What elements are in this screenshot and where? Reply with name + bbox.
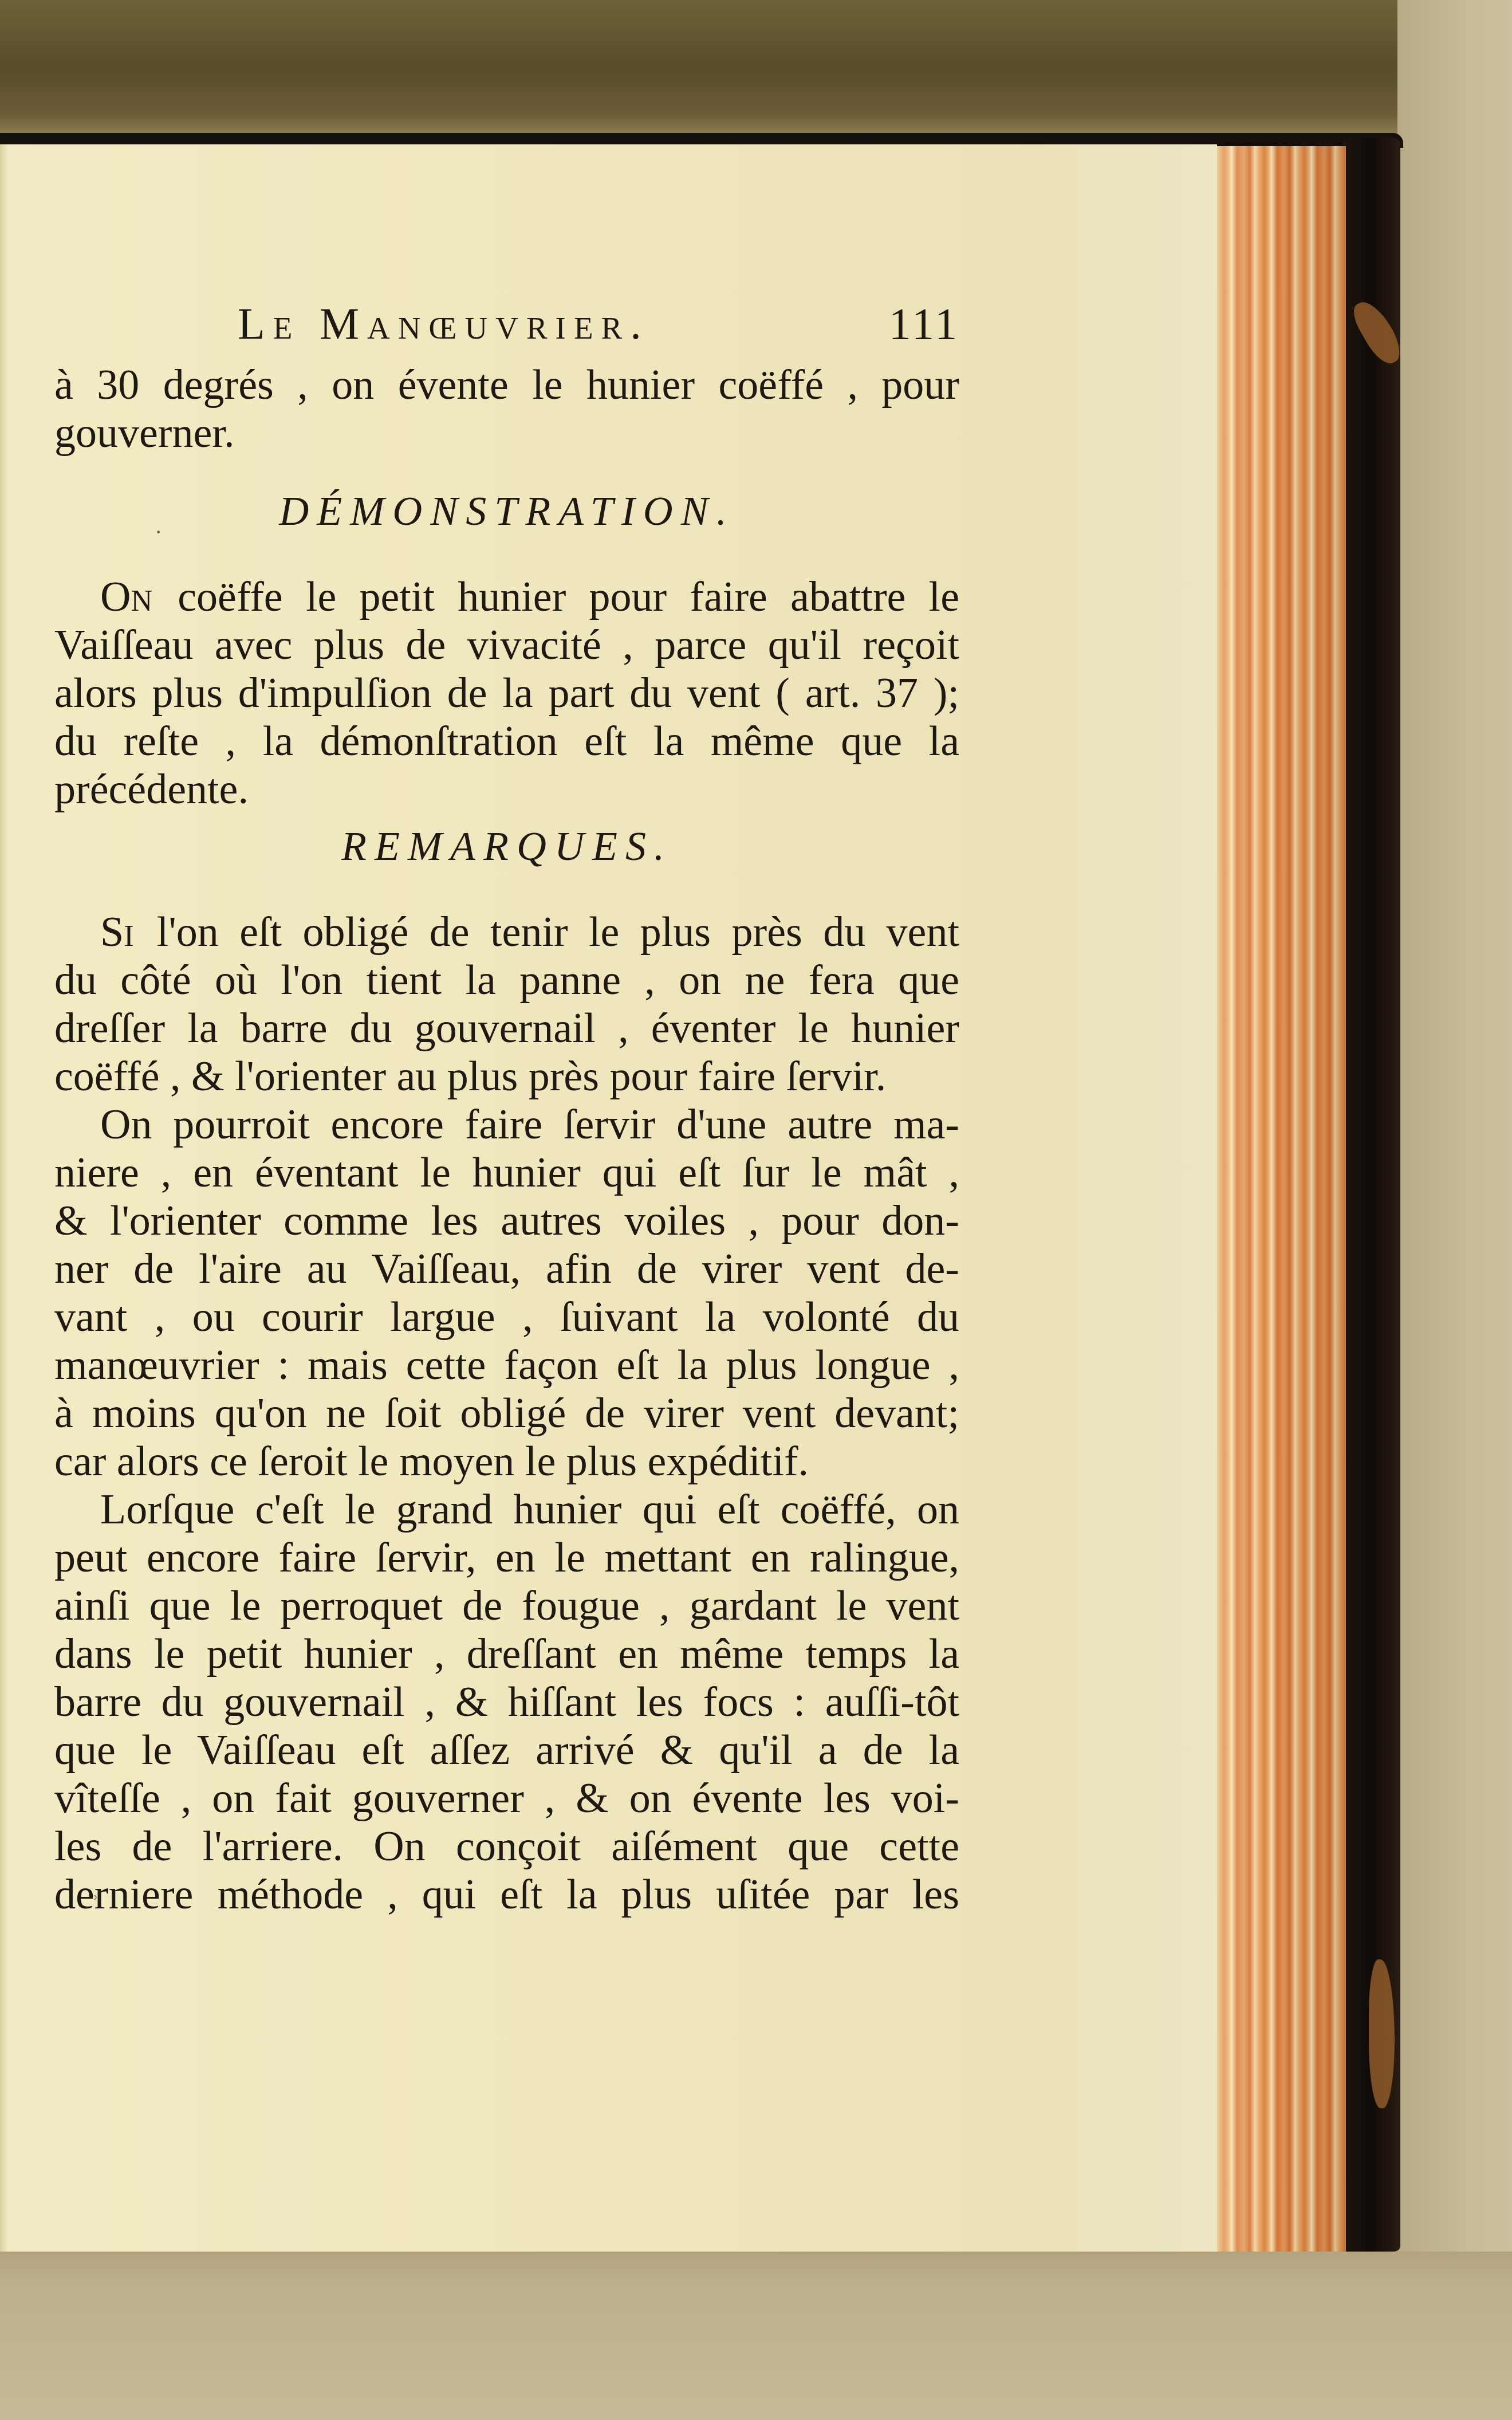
text-line: niere , en éventant le hunier qui eſt ſu… xyxy=(54,1149,959,1197)
paragraph-lead-letter: O xyxy=(100,573,131,620)
text-line: les de l'arriere. On conçoit aiſément qu… xyxy=(54,1822,959,1871)
text-line: barre du gouvernail , & hiſſant les focs… xyxy=(54,1678,959,1726)
ink-speck: · xyxy=(155,518,162,545)
paragraph-lead-smallcap: N xyxy=(131,585,155,618)
ink-speck: ʾ xyxy=(92,1891,99,1918)
running-head: Le Manœuvrier. 111 xyxy=(238,298,959,355)
text-line: à moins qu'on ne ſoit obligé de virer ve… xyxy=(54,1389,959,1437)
text-line: que le Vaiſſeau eſt aſſez arrivé & qu'il… xyxy=(54,1726,959,1774)
text-line: du reſte , la démonſtration eſt la même … xyxy=(54,717,959,765)
text-line: dreſſer la barre du gouvernail , éventer… xyxy=(54,1004,959,1052)
text-line: On pourroit encore faire ſervir d'une au… xyxy=(54,1101,959,1149)
paragraph-lead-smallcap: I xyxy=(124,920,136,953)
paragraph-lead-letter: S xyxy=(100,909,124,956)
text-line: derniere méthode , qui eſt la plus uſité… xyxy=(54,1871,959,1919)
text-line: peut encore faire ſervir, en le mettant … xyxy=(54,1534,959,1582)
text-line: à 30 degrés , on évente le hunier coëffé… xyxy=(54,361,959,409)
text-line: vant , ou courir largue , ſuivant la vol… xyxy=(54,1293,959,1341)
running-title: Le Manœuvrier. xyxy=(238,298,649,349)
text-line: & l'orienter comme les autres voiles , p… xyxy=(54,1197,959,1245)
text-line: ON coëffe le petit hunier pour faire aba… xyxy=(54,573,959,626)
text-line: SI l'on eſt obligé de tenir le plus près… xyxy=(54,908,959,961)
text-line: Vaiſſeau avec plus de vivacité , parce q… xyxy=(54,621,959,669)
section-heading-demonstration: DÉMONSTRATION. xyxy=(54,487,959,535)
text-line: gouverner. xyxy=(54,409,959,457)
text-line: ainſi que le perroquet de fougue , garda… xyxy=(54,1582,959,1630)
text-line: coëffé , & l'orienter au plus près pour … xyxy=(54,1052,959,1101)
page-number: 111 xyxy=(889,298,959,349)
text-line: vîteſſe , on fait gouverner , & on évent… xyxy=(54,1774,959,1822)
page-gutter xyxy=(0,144,8,2252)
text-line: Lorſque c'eſt le grand hunier qui eſt co… xyxy=(54,1486,959,1534)
backdrop-right-wall xyxy=(1397,0,1512,2420)
text-line: ner de l'aire au Vaiſſeau, afin de virer… xyxy=(54,1245,959,1293)
text-line: alors plus d'impulſion de la part du ven… xyxy=(54,669,959,717)
text-line: dans le petit hunier , dreſſant en même … xyxy=(54,1630,959,1678)
page-block-shading xyxy=(1214,146,1346,2252)
book-cover-spine-edge xyxy=(1343,137,1400,2252)
text-line: car alors ce ſeroit le moyen le plus exp… xyxy=(54,1437,959,1486)
text-line: manœuvrier : mais cette façon eſt la plu… xyxy=(54,1341,959,1389)
backdrop-surface xyxy=(0,2252,1512,2420)
section-heading-remarques: REMARQUES. xyxy=(54,822,959,870)
text-line: précédente. xyxy=(54,765,959,814)
text-line: du côté où l'on tient la panne , on ne f… xyxy=(54,956,959,1004)
